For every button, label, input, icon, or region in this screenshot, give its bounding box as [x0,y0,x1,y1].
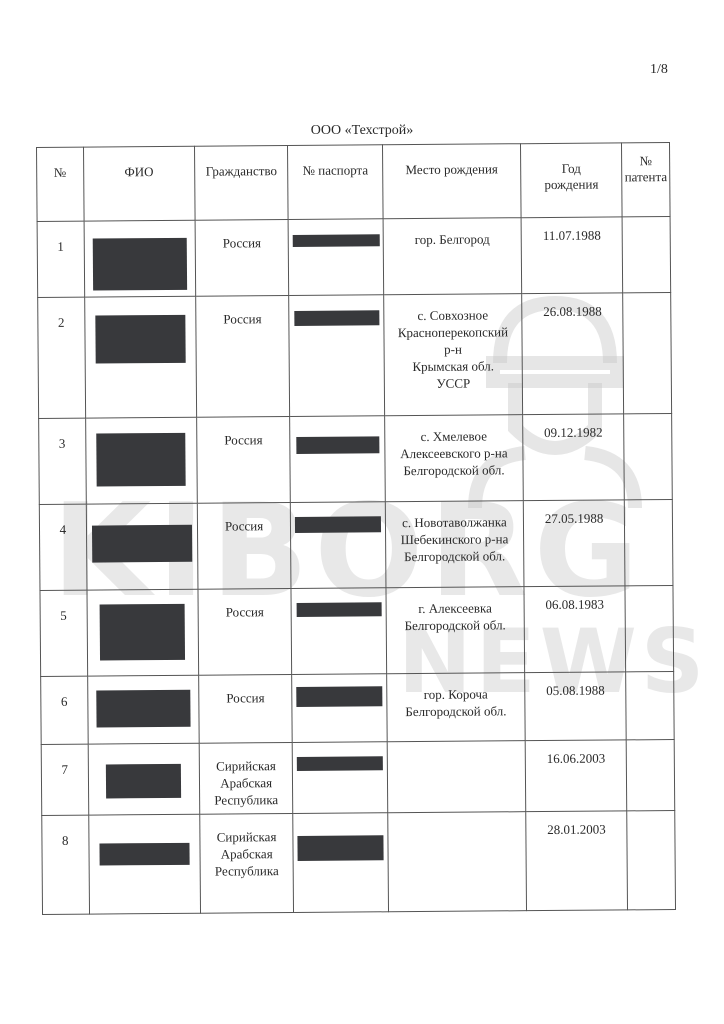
cell-citizenship: Россия [198,589,292,676]
cell-number: 3 [39,418,86,504]
cell-birthdate: 28.01.2003 [526,811,628,911]
cell-fio [87,589,199,676]
cell-passport [291,588,386,675]
redacted-fio [97,433,186,487]
employees-table: № ФИО Гражданство № паспорта Место рожде… [36,142,676,915]
header-number: № [37,147,84,221]
cell-birthplace: с. НовотаволжанкаШебекинского р-наБелгор… [385,501,524,588]
table-row: 8СирийскаяАрабскаяРеспублика28.01.2003 [42,811,676,915]
cell-citizenship: Россия [195,220,289,297]
cell-patent [623,293,672,414]
cell-passport [288,219,383,296]
header-citizenship: Гражданство [194,146,288,221]
cell-number: 2 [38,297,86,418]
header-patent: № патента [622,143,670,217]
company-title: ООО «Техстрой» [0,123,724,139]
cell-birthdate: 05.08.1988 [525,672,627,741]
cell-number: 8 [42,815,89,914]
cell-birthdate: 06.08.1983 [524,586,626,673]
redacted-passport [297,756,383,771]
cell-fio [87,675,199,744]
redacted-fio [95,315,185,364]
redacted-fio [92,238,186,291]
cell-fio [86,503,198,590]
redacted-fio [96,690,190,728]
cell-birthplace: с. СовхозноеКрасноперекопскийр-нКрымская… [384,294,523,416]
cell-birthplace: гор. Белгород [383,218,522,295]
redacted-passport [296,602,381,617]
cell-patent [626,672,674,740]
cell-citizenship: Россия [199,675,293,744]
cell-number: 6 [41,676,88,744]
table-row: 7СирийскаяАрабскаяРеспублика16.06.2003 [41,740,675,816]
redacted-fio [106,764,181,799]
cell-number: 5 [40,590,87,676]
cell-fio [88,743,200,815]
cell-passport [293,813,388,913]
cell-fio [85,417,197,504]
cell-birthplace [388,812,527,912]
cell-birthdate: 11.07.1988 [521,217,623,294]
cell-number: 4 [39,504,86,590]
header-fio: ФИО [83,146,195,221]
table-row: 1Россиягор. Белгород11.07.1988 [37,217,671,298]
redacted-fio [92,525,192,563]
cell-patent [624,414,672,500]
table-row: 5Россияг. АлексеевкаБелгородской обл.06.… [40,586,674,677]
cell-birthplace [387,741,526,813]
cell-fio [84,220,196,297]
cell-birthplace: гор. КорочаБелгородской обл. [387,673,526,742]
cell-patent [625,500,673,586]
table-row: 6Россиягор. КорочаБелгородской обл.05.08… [41,672,675,745]
cell-birthdate: 09.12.1982 [523,414,625,501]
redacted-passport [298,835,384,861]
cell-passport [292,674,387,743]
redacted-passport [295,516,381,533]
header-passport: № паспорта [288,145,383,220]
cell-birthplace: с. ХмелевоеАлексеевского р-наБелгородско… [385,415,524,502]
redacted-passport [296,686,382,707]
cell-fio [84,296,196,418]
cell-birthdate: 27.05.1988 [523,500,625,587]
cell-passport [293,742,388,814]
cell-citizenship: Россия [196,296,290,418]
table-row: 2Россияс. СовхозноеКрасноперекопскийр-нК… [38,293,672,419]
cell-citizenship: Россия [197,417,291,504]
cell-passport [290,416,385,503]
redacted-passport [294,310,379,326]
cell-birthplace: г. АлексеевкаБелгородской обл. [386,587,525,674]
cell-passport [291,502,386,589]
cell-patent [622,217,670,293]
redacted-passport [292,234,379,247]
cell-patent [625,586,673,672]
redacted-passport [296,436,379,454]
cell-citizenship: СирийскаяАрабскаяРеспублика [199,743,293,815]
redacted-fio [100,604,185,661]
cell-number: 7 [41,744,88,815]
cell-birthdate: 26.08.1988 [522,293,624,415]
cell-patent [626,740,674,811]
redacted-fio [99,843,189,866]
cell-number: 1 [37,221,84,297]
table-row: 3Россияс. ХмелевоеАлексеевского р-наБелг… [39,414,673,505]
table-row: 4Россияс. НовотаволжанкаШебекинского р-н… [39,500,673,591]
cell-birthdate: 16.06.2003 [525,740,627,812]
cell-citizenship: Россия [197,503,291,590]
header-birthplace: Место рождения [382,144,521,219]
cell-patent [627,811,676,910]
cell-passport [289,295,384,417]
page-number: 1/8 [650,62,668,78]
cell-fio [88,814,200,914]
header-birthdate: Год рождения [520,143,622,218]
table-header-row: № ФИО Гражданство № паспорта Место рожде… [37,143,671,222]
cell-citizenship: СирийскаяАрабскаяРеспублика [200,814,294,914]
